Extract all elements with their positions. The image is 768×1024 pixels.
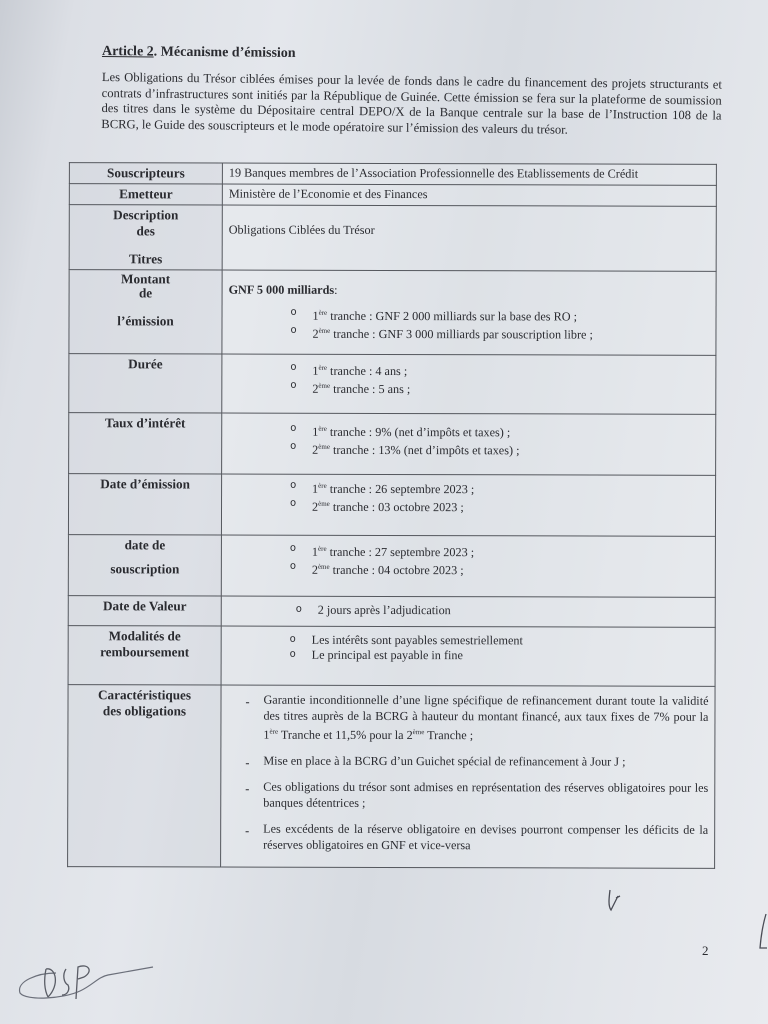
characteristic-item: Mise en place à la BCRG d’un Guichet spé…: [237, 753, 708, 770]
table-row: Date de Valeur2 jours après l’adjudicati…: [68, 596, 715, 628]
tranche-list: 1ère tranche : 27 septembre 2023 ;2ème t…: [228, 542, 709, 579]
ordinal-suffix: ème: [318, 443, 330, 451]
label-line: Emetteur: [76, 186, 216, 202]
tranche-text: Les intérêts sont payables semestriellem…: [312, 633, 523, 648]
tranche-text: tranche : 26 septembre 2023 ;: [327, 482, 475, 496]
tranche-text: tranche : 04 octobre 2023 ;: [330, 563, 464, 577]
row-label: Emetteur: [69, 184, 222, 205]
row-value: 19 Banques membres de l’Association Prof…: [222, 163, 716, 185]
handwritten-initial-icon: [604, 886, 634, 916]
ordinal-suffix: ème: [319, 327, 331, 335]
label-line: Date d’émission: [75, 476, 215, 492]
characteristic-text: Mise en place à la BCRG d’un Guichet spé…: [263, 754, 625, 769]
label-line: souscription: [75, 561, 215, 577]
table-row: Durée1ère tranche : 4 ans ;2ème tranche …: [69, 354, 716, 415]
ordinal-suffix: ère: [319, 309, 328, 317]
ordinal-suffix: ème: [318, 563, 330, 571]
label-line: Description: [76, 207, 216, 223]
row-value: GNF 5 000 milliards:1ère tranche : GNF 2…: [222, 270, 716, 355]
tranche-item: 1ère tranche : 27 septembre 2023 ;: [290, 542, 709, 561]
tranche-item: 2 jours après l’adjudication: [296, 603, 709, 619]
label-line: de: [76, 285, 216, 301]
tranche-list: 1ère tranche : 9% (net d’impôts et taxes…: [228, 422, 709, 459]
label-line: Taux d’intérêt: [75, 415, 215, 431]
total-amount: GNF 5 000 milliards: [229, 283, 335, 297]
row-label: Taux d’intérêt: [69, 413, 222, 474]
characteristic-item: Les excédents de la réserve obligatoire …: [237, 821, 708, 854]
handwritten-signature-icon: [8, 955, 158, 1005]
label-line: remboursement: [75, 644, 215, 660]
row-value: 1ère tranche : 9% (net d’impôts et taxes…: [222, 413, 716, 475]
tranche-text: tranche : 13% (net d’impôts et taxes) ;: [330, 443, 520, 457]
characteristic-text: Tranche ;: [424, 728, 473, 742]
label-line: Date de Valeur: [75, 598, 215, 614]
row-label: Caractéristiquesdes obligations: [68, 685, 221, 867]
tranche-item: 1ère tranche : GNF 2 000 milliards sur l…: [291, 306, 710, 325]
table-row: DescriptiondesTitresObligations Ciblées …: [69, 205, 716, 272]
intro-section: Les Obligations du Trésor ciblées émises…: [101, 70, 722, 140]
article-number: Article 2: [102, 44, 154, 60]
label-line: l’émission: [75, 313, 215, 329]
page-number: 2: [702, 943, 709, 959]
handwritten-mark-icon: [757, 912, 768, 952]
row-label: date desouscription: [68, 535, 221, 596]
tranche-item: Le principal est payable in fine: [290, 648, 709, 664]
ordinal-suffix: ème: [413, 728, 425, 736]
tranche-item: 2ème tranche : 13% (net d’impôts et taxe…: [290, 440, 709, 459]
characteristic-text: Les excédents de la réserve obligatoire …: [263, 822, 708, 853]
row-value: Garantie inconditionnelle d’une ligne sp…: [221, 685, 715, 868]
row-label: DescriptiondesTitres: [69, 205, 222, 270]
characteristic-item: Garantie inconditionnelle d’une ligne sp…: [237, 692, 708, 744]
table-row: Caractéristiquesdes obligationsGarantie …: [68, 685, 715, 869]
tranche-list: Les intérêts sont payables semestriellem…: [228, 633, 709, 664]
tranche-text: tranche : 4 ans ;: [327, 364, 407, 378]
label-line: Durée: [75, 356, 215, 372]
label-line: date de: [75, 537, 215, 553]
tranche-text: tranche : GNF 2 000 milliards sur la bas…: [327, 309, 577, 324]
label-line: Souscripteurs: [76, 165, 216, 181]
label-line: Caractéristiques: [75, 687, 215, 703]
value-text: 19 Banques membres de l’Association Prof…: [229, 166, 710, 182]
row-value: 1ère tranche : 26 septembre 2023 ;2ème t…: [221, 474, 715, 536]
tranche-item: 2ème tranche : 5 ans ;: [290, 379, 709, 398]
table-row: Montantdel’émissionGNF 5 000 milliards:1…: [69, 270, 716, 356]
tranche-item: 1ère tranche : 9% (net d’impôts et taxes…: [290, 422, 709, 441]
document-page: Article 2. Mécanisme d’émission Les Obli…: [0, 0, 768, 1024]
ordinal-suffix: ème: [318, 500, 330, 508]
tranche-list: 1ère tranche : 26 septembre 2023 ;2ème t…: [228, 479, 709, 516]
tranche-item: 2ème tranche : GNF 3 000 milliards par s…: [290, 324, 709, 343]
tranche-text: tranche : 27 septembre 2023 ;: [327, 545, 475, 559]
tranche-list: 1ère tranche : GNF 2 000 milliards sur l…: [228, 306, 709, 343]
tranche-list: 1ère tranche : 4 ans ;2ème tranche : 5 a…: [228, 361, 709, 398]
ordinal-suffix: ère: [318, 545, 327, 553]
tranche-item: 2ème tranche : 04 octobre 2023 ;: [290, 560, 709, 579]
table-row: EmetteurMinistère de l’Economie et des F…: [69, 184, 716, 207]
tranche-list: 2 jours après l’adjudication: [228, 603, 709, 619]
label-line: des: [76, 223, 216, 239]
tranche-text: Le principal est payable in fine: [312, 648, 463, 662]
ordinal-suffix: ère: [318, 482, 327, 490]
row-value: Obligations Ciblées du Trésor: [222, 205, 716, 271]
table-row: Date d’émission1ère tranche : 26 septemb…: [68, 474, 715, 537]
tranche-text: tranche : 5 ans ;: [330, 382, 410, 396]
row-label: Souscripteurs: [69, 163, 222, 184]
tranche-item: 1ère tranche : 4 ans ;: [290, 361, 709, 380]
row-value: Les intérêts sont payables semestriellem…: [221, 626, 715, 686]
ordinal-suffix: ère: [318, 364, 327, 372]
row-label: Date de Valeur: [68, 596, 221, 626]
intro-paragraph: Les Obligations du Trésor ciblées émises…: [101, 70, 722, 140]
tranche-text: tranche : 9% (net d’impôts et taxes) ;: [327, 425, 510, 439]
total-amount-suffix: :: [334, 283, 337, 297]
label-line: Montant: [76, 272, 216, 285]
table-row: Modalités deremboursementLes intérêts so…: [68, 626, 715, 687]
ordinal-suffix: ère: [270, 728, 279, 736]
characteristic-text: Tranche et 11,5% pour la 2: [278, 728, 413, 742]
value-text: Obligations Ciblées du Trésor: [229, 223, 710, 239]
row-value: 2 jours après l’adjudication: [221, 596, 715, 627]
article-title: . Mécanisme d’émission: [154, 45, 296, 61]
table-row: Taux d’intérêt1ère tranche : 9% (net d’i…: [69, 413, 716, 476]
tranche-text: tranche : 03 octobre 2023 ;: [330, 500, 464, 514]
row-label: Date d’émission: [68, 474, 221, 535]
label-line: Modalités de: [75, 628, 215, 644]
row-label: Durée: [69, 354, 222, 413]
tranche-item: 2ème tranche : 03 octobre 2023 ;: [290, 497, 709, 516]
tranche-item: Les intérêts sont payables semestriellem…: [290, 633, 709, 649]
row-label: Modalités deremboursement: [68, 626, 221, 685]
row-value: 1ère tranche : 4 ans ;2ème tranche : 5 a…: [222, 354, 716, 414]
label-line: Titres: [76, 251, 216, 267]
ordinal-suffix: ème: [318, 382, 330, 390]
tranche-text: 2 jours après l’adjudication: [318, 603, 451, 617]
table-row: Souscripteurs19 Banques membres de l’Ass…: [69, 163, 716, 186]
tranche-item: 1ère tranche : 26 septembre 2023 ;: [290, 479, 709, 498]
tranche-text: tranche : GNF 3 000 milliards par souscr…: [330, 327, 593, 342]
label-line: des obligations: [74, 703, 214, 719]
characteristic-item: Ces obligations du trésor sont admises e…: [237, 779, 708, 812]
value-text: Ministère de l’Economie et des Finances: [229, 187, 710, 203]
row-value: 1ère tranche : 27 septembre 2023 ;2ème t…: [221, 535, 715, 597]
row-value: Ministère de l’Economie et des Finances: [222, 184, 716, 206]
row-label: Montantdel’émission: [69, 270, 222, 354]
article-heading: Article 2. Mécanisme d’émission: [102, 44, 296, 62]
characteristic-text: Ces obligations du trésor sont admises e…: [263, 780, 708, 810]
bond-specifications-table: Souscripteurs19 Banques membres de l’Ass…: [67, 162, 717, 869]
characteristics-list: Garantie inconditionnelle d’une ligne sp…: [227, 692, 708, 854]
ordinal-suffix: ère: [318, 425, 327, 433]
table-row: date desouscription1ère tranche : 27 sep…: [68, 535, 715, 598]
value-headline: GNF 5 000 milliards:: [229, 283, 710, 299]
